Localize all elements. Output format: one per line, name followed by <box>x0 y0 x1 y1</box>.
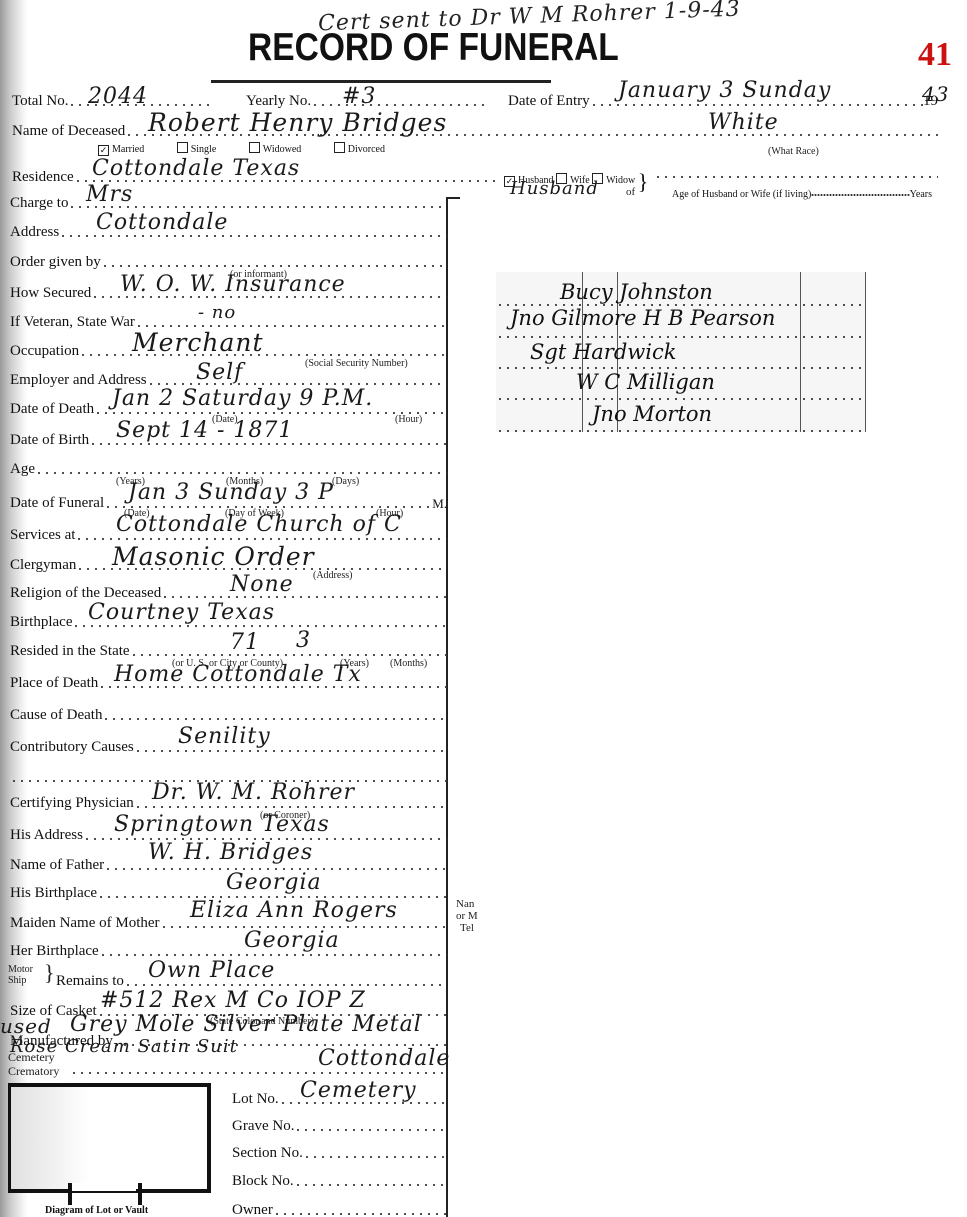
clergyman-value: Masonic Order <box>112 542 315 571</box>
dotted-line <box>294 1128 447 1132</box>
checkbox-checked[interactable]: ✓ <box>98 145 109 156</box>
marital-status-options: ✓Married Single Widowed Divorced <box>98 142 415 156</box>
title-divider <box>211 80 551 83</box>
date-of-entry-label: Date of Entry <box>508 93 590 110</box>
bearer-col-line <box>865 272 866 432</box>
dotted-line <box>75 537 447 541</box>
dotted-line <box>654 175 938 179</box>
page-title: RECORD OF FUNERAL <box>248 26 619 70</box>
dotted-line <box>124 983 447 987</box>
birthplace-value: Courtney Texas <box>88 600 275 625</box>
page-number: 41 <box>918 36 952 74</box>
certifying-physician-value: Dr. W. M. Rohrer <box>152 780 355 805</box>
cemetery-value: Cottondale <box>318 1046 450 1071</box>
race-value: White <box>708 110 779 135</box>
dotted-line <box>496 397 866 401</box>
religion-value: None <box>230 572 294 597</box>
spouse-dotted-line <box>654 162 938 182</box>
field-order-given-by: Order given by <box>10 249 447 271</box>
residence-label: Residence <box>12 169 74 186</box>
total-no-value: 2044 <box>88 84 148 109</box>
margin-fragment: or M <box>456 910 478 922</box>
date-of-death-value: Jan 2 Saturday 9 P.M. <box>112 386 373 411</box>
resided-months-value: 3 <box>296 628 311 653</box>
pallbearer-name: Sgt Hardwick <box>530 340 676 364</box>
field-charge-to: Charge to <box>10 190 447 212</box>
diagram-caption: Diagram of Lot or Vault <box>45 1205 148 1216</box>
field-religion: Religion of the Deceased <box>10 580 447 602</box>
her-birthplace-value: Georgia <box>244 928 340 953</box>
pallbearer-name: Bucy Johnston <box>560 280 713 304</box>
dotted-line <box>811 193 909 197</box>
name-of-deceased-value: Robert Henry Bridges <box>148 108 447 137</box>
field-her-birthplace: Her Birthplace <box>10 938 447 960</box>
name-of-deceased-label: Name of Deceased <box>12 123 125 140</box>
dotted-line <box>35 471 447 475</box>
his-address-value: Springtown Texas <box>114 812 330 837</box>
name-of-father-value: W. H. Bridges <box>148 840 313 865</box>
date-of-death-caption-hour: (Hour) <box>395 414 422 425</box>
pallbearer-name: Jno Gilmore H B Pearson <box>510 306 775 330</box>
how-secured-value: W. O. W. Insurance <box>120 272 346 297</box>
race-caption: (What Race) <box>768 146 819 157</box>
dotted-line <box>294 1183 447 1187</box>
checkbox-unchecked[interactable] <box>249 142 260 153</box>
date-of-birth-value: Sept 14 - 1871 <box>116 418 293 443</box>
date-of-entry-year-suffix: 43 <box>922 82 949 106</box>
checkbox-unchecked[interactable] <box>334 142 345 153</box>
field-cause-of-death: Cause of Death <box>10 702 447 724</box>
dotted-line <box>102 717 447 721</box>
manufactured-by-value: Grey Mole Silver Plate Metal <box>70 1012 422 1037</box>
marital-married[interactable]: ✓Married <box>98 144 144 155</box>
place-of-death-value: Home Cottondale Tx <box>114 662 362 687</box>
spouse-of-value: Husband <box>510 178 599 199</box>
age-of-spouse-label: Age of Husband or Wife (if living) <box>672 189 811 200</box>
date-of-entry-value: January 3 Sunday <box>618 78 831 103</box>
dotted-line <box>101 264 447 268</box>
dotted-line <box>496 335 866 339</box>
dotted-line <box>161 595 447 599</box>
remains-prefix: Motor Ship <box>8 964 33 986</box>
bearer-col-line <box>800 272 801 432</box>
checkbox-unchecked[interactable] <box>177 142 188 153</box>
section-no-field: Section No. <box>232 1140 447 1162</box>
column-divider-tick <box>446 197 460 199</box>
age-of-spouse-unit: Years <box>910 189 932 200</box>
remains-to-value: Own Place <box>148 958 275 983</box>
his-birthplace-value: Georgia <box>226 870 322 895</box>
services-at-value: Cottondale Church of C <box>116 512 402 537</box>
if-veteran-value: - no <box>198 302 236 323</box>
marital-single[interactable]: Single <box>177 144 217 155</box>
age-of-spouse-field: Age of Husband or Wife (if living) Years <box>672 184 932 200</box>
resided-years-value: 71 <box>230 630 260 655</box>
dotted-line <box>70 1071 447 1075</box>
address-value: Cottondale <box>96 210 228 235</box>
dotted-line <box>311 103 486 107</box>
diagram-opening <box>72 1183 136 1191</box>
margin-fragment: Nan <box>456 898 474 910</box>
dotted-line <box>134 749 447 753</box>
pallbearer-name: Jno Morton <box>592 402 712 426</box>
dotted-line <box>134 805 447 809</box>
dotted-line <box>303 1155 447 1159</box>
casket-margin-note: used <box>0 1014 52 1038</box>
dotted-line <box>496 429 866 433</box>
age-caption-days: (Days) <box>332 476 359 487</box>
dotted-line <box>590 103 923 107</box>
cemetery-margin-note: Rose Cream Satin Suit <box>10 1036 238 1057</box>
yearly-no-value: #3 <box>342 84 376 109</box>
residence-value: Cottondale Texas <box>92 156 300 181</box>
field-resided-in-state: Resided in the State <box>10 638 447 660</box>
diagram-leg-right <box>138 1183 142 1205</box>
dotted-line <box>273 1212 447 1216</box>
resided-caption-months: (Months) <box>390 658 427 669</box>
spouse-of-label: of <box>626 186 635 198</box>
maiden-name-of-mother-value: Eliza Ann Rogers <box>190 898 398 923</box>
occupation-value: Merchant <box>132 328 264 357</box>
lot-no-value: Cemetery <box>300 1078 417 1103</box>
brace: } <box>44 960 55 986</box>
charge-to-value: Mrs <box>86 182 133 207</box>
dotted-line <box>99 953 447 957</box>
size-of-casket-value: #512 Rex M Co IOP Z <box>100 988 366 1013</box>
dotted-line <box>130 653 447 657</box>
field-age: Age <box>10 456 447 478</box>
total-no-label: Total No. <box>12 93 68 110</box>
margin-fragment: Tel <box>460 922 474 934</box>
owner-field: Owner <box>232 1197 447 1217</box>
marital-divorced[interactable]: Divorced <box>334 144 385 155</box>
date-of-funeral-value: Jan 3 Sunday 3 P <box>128 480 334 505</box>
field-address: Address <box>10 219 447 241</box>
employer-value: Self <box>196 360 243 385</box>
marital-widowed[interactable]: Widowed <box>249 144 301 155</box>
block-no-field: Block No. <box>232 1168 447 1190</box>
lot-diagram-box <box>8 1083 211 1193</box>
contributory-causes-value: Senility <box>178 724 271 749</box>
diagram-leg-left <box>68 1183 72 1205</box>
pallbearer-name: W C Milligan <box>576 370 715 394</box>
grave-no-field: Grave No. <box>232 1113 447 1135</box>
